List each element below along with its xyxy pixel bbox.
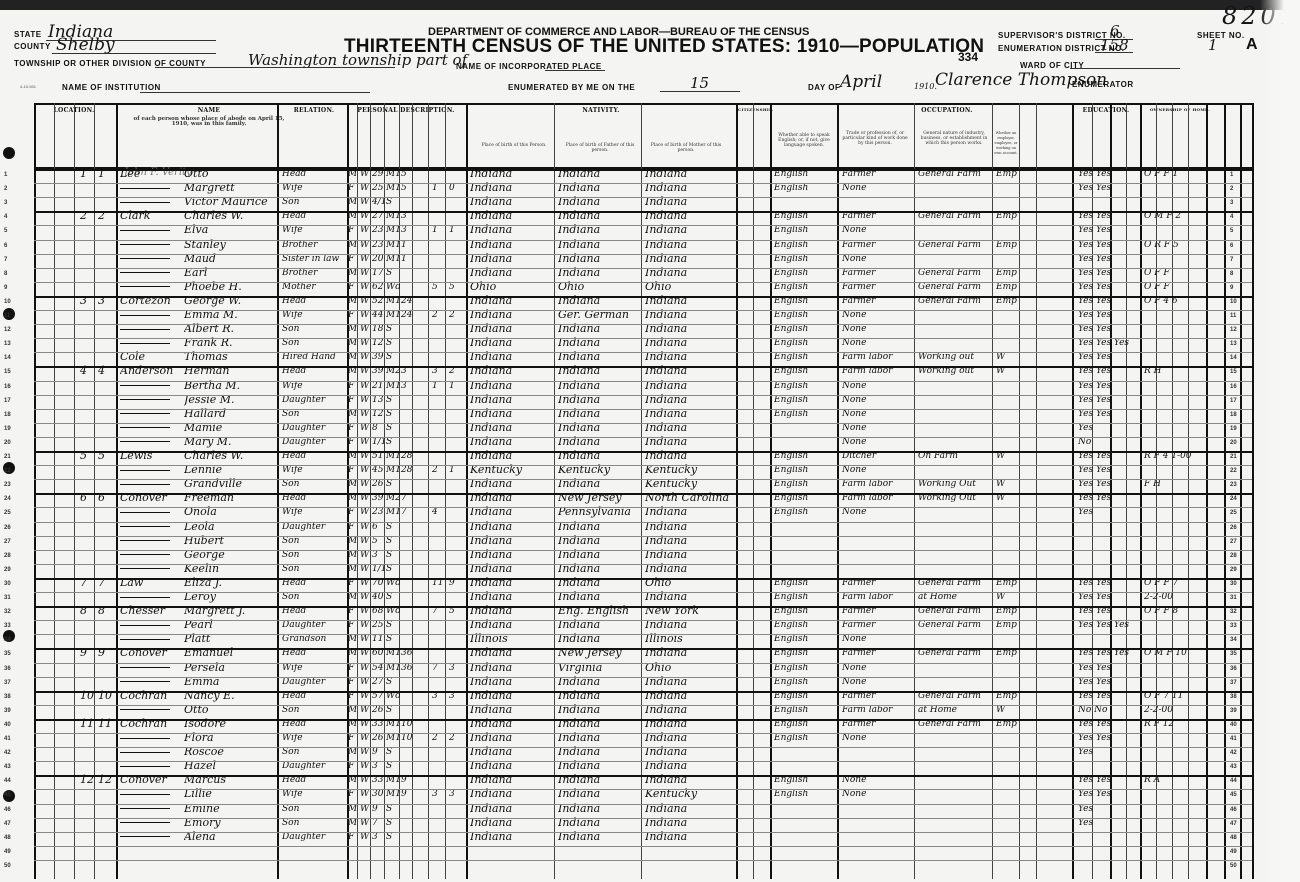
line-number-right: 32 [1230,609,1237,615]
education: Yes Yes [1078,733,1140,743]
trade: None [842,663,914,673]
row-divider [34,733,1252,734]
age: 3 [372,832,385,842]
sex: M [348,536,358,546]
relation: Son [282,804,346,814]
line-number: 22 [4,468,11,474]
marital-status: M1 [386,507,400,517]
line-number: 16 [4,384,11,390]
marital-status: M1 [386,663,400,673]
line-number-right: 45 [1230,792,1237,798]
line-number: 10 [4,299,11,305]
age: 11 [372,634,385,644]
ditto-dash [120,427,170,428]
ditto-dash [120,484,170,485]
line-number-right: 34 [1230,637,1237,643]
row-divider [34,747,1252,748]
line-number: 29 [4,567,11,573]
line-number-right: 19 [1230,426,1237,432]
enumerated-label: Enumerated by me on the [508,83,635,92]
sex: M [348,352,358,362]
education: Yes Yes Yes [1078,620,1140,630]
years-married: 9 [401,789,413,799]
years-married: 7 [401,507,413,517]
industry: at Home [918,592,992,602]
education: No [1078,437,1140,447]
language: English [774,479,836,489]
education: Yes Yes [1078,268,1140,278]
ditto-dash [120,230,170,231]
race: W [360,352,370,362]
name-subheading: of each person whose place of abode on A… [124,117,294,127]
line-number-right: 13 [1230,341,1237,347]
education: Yes Yes [1078,225,1140,235]
race: W [360,733,370,743]
relation: Wife [282,183,346,193]
ditto-dash [120,568,170,569]
industry: General Farm [918,282,992,292]
relation: Son [282,550,346,560]
sex: F [348,423,358,433]
age: 40 [372,592,385,602]
line-number: 21 [4,454,11,460]
ditto-dash [120,441,170,442]
employer-status: Emp [996,282,1020,292]
ditto-dash [120,766,170,767]
sex: M [348,197,358,207]
sex: M [348,818,358,828]
race: W [360,465,370,475]
line-number-right: 14 [1230,355,1237,361]
years-married: 1 [401,240,413,250]
line-number: 34 [4,637,11,643]
sex: F [348,254,358,264]
trade: Farmer [842,240,914,250]
row-divider [34,366,1252,368]
sex: M [348,634,358,644]
race: W [360,634,370,644]
years-married: 3 [401,381,413,391]
age: 12 [372,409,385,419]
ditto-dash [120,286,170,287]
marital-status: S [386,409,400,419]
row-divider [34,606,1252,608]
form-code: 4-10-501 [20,84,36,89]
line-number-right: 49 [1230,849,1237,855]
years-married: 1 [401,254,413,264]
race: W [360,324,370,334]
trade: None [842,634,914,644]
line-number: 3 [4,200,7,206]
age: 45 [372,465,385,475]
group-citizenship: CITIZENSHIP. [738,107,770,112]
education: Yes Yes [1078,789,1140,799]
line-number-right: 39 [1230,708,1237,714]
day-underline [660,91,740,92]
children-born: 7 [432,663,444,673]
industry: at Home [918,705,992,715]
line-number-right: 44 [1230,778,1237,784]
relation: Wife [282,381,346,391]
line-number-right: 50 [1230,863,1237,869]
scan-top-edge [0,0,1300,10]
line-number: 8 [4,271,7,277]
language: English [774,352,836,362]
age: 6 [372,522,385,532]
relation: Daughter [282,677,346,687]
industry: General Farm [918,240,992,250]
institution-label: Name of institution [62,83,161,92]
line-number-right: 29 [1230,567,1237,573]
row-divider [34,789,1252,790]
age: 1/12 [372,564,385,574]
language: English [774,507,836,517]
employer-status: Emp [996,620,1020,630]
line-number-right: 27 [1230,539,1237,545]
ditto-dash [120,639,170,640]
row-divider [34,254,1252,255]
education: Yes Yes [1078,324,1140,334]
children-born: 3 [432,789,444,799]
marital-status: S [386,620,400,630]
marital-status: S [386,832,400,842]
header-trade: Trade or profession of, or particular ki… [842,131,908,146]
education: Yes Yes [1078,592,1140,602]
row-divider [34,705,1252,706]
language: English [774,254,836,264]
marital-status: S [386,592,400,602]
township-underline [155,67,395,68]
industry: General Farm [918,620,992,630]
ditto-dash [120,597,170,598]
county-underline [52,53,216,54]
ditto-dash [120,681,170,682]
years-married: 10 [401,733,413,743]
row-divider [34,183,1252,184]
header-industry: General nature of industry, business, or… [918,131,990,146]
line-number: 44 [4,778,11,784]
line-number-right: 38 [1230,694,1237,700]
children-living: 5 [449,282,463,292]
institution-underline [140,92,370,93]
trade: None [842,225,914,235]
race: W [360,225,370,235]
line-number-right: 28 [1230,553,1237,559]
employer-status: W [996,705,1020,715]
table-row: 48 48 Alena Daughter F W 3 S Indiana Ind… [34,832,1252,846]
row-divider [34,719,1252,721]
line-number: 50 [4,863,11,869]
sex: F [348,381,358,391]
sex: M [348,550,358,560]
line-number-right: 25 [1230,510,1237,516]
home-ownership: O F F [1144,268,1224,278]
education: Yes Yes [1078,352,1140,362]
line-number: 42 [4,750,11,756]
age: 18 [372,324,385,334]
sheet-number: 1 [1208,36,1218,54]
row-divider [34,691,1252,693]
marital-status: M1 [386,254,400,264]
line-number-right: 36 [1230,666,1237,672]
race: W [360,620,370,630]
home-ownership: O F F [1144,282,1224,292]
trade: None [842,395,914,405]
line-number: 6 [4,243,7,249]
ditto-dash [120,822,170,823]
education: Yes Yes [1078,282,1140,292]
row-divider [34,564,1252,565]
children-born: 4 [432,507,444,517]
page-stamp: 334 [958,50,978,64]
relation: Son [282,705,346,715]
ditto-dash [120,188,170,189]
state-label: State [14,30,42,39]
day-of-label: day of [808,83,840,92]
age: 44 [372,310,385,320]
incorporated-place-underline [545,70,605,71]
children-living: 3 [449,789,463,799]
age: 39 [372,352,385,362]
row-divider [34,522,1252,523]
trade: None [842,423,914,433]
children-born: 2 [432,465,444,475]
ditto-dash [120,399,170,400]
marital-status: S [386,338,400,348]
ditto-dash [120,808,170,809]
row-divider [34,423,1252,424]
sex: F [348,395,358,405]
row-divider [34,409,1252,410]
group-ownership: OWNERSHIP OF HOME. [1140,107,1220,112]
trade: None [842,183,914,193]
marital-status: M1 [386,183,400,193]
sex: F [348,522,358,532]
row-divider [34,493,1252,495]
relation: Son [282,564,346,574]
race: W [360,564,370,574]
line-number: 37 [4,680,11,686]
race: W [360,522,370,532]
relation: Daughter [282,437,346,447]
relation: Daughter [282,423,346,433]
children-living: 1 [449,381,463,391]
marital-status: M1 [386,733,400,743]
ditto-dash [120,625,170,626]
line-number: 38 [4,694,11,700]
ditto-dash [120,385,170,386]
language: English [774,225,836,235]
trade: None [842,437,914,447]
sex: F [348,465,358,475]
line-number-right: 30 [1230,581,1237,587]
age: 21 [372,381,385,391]
education: Yes Yes [1078,183,1140,193]
sex: M [348,324,358,334]
sex: F [348,733,358,743]
row-divider [34,395,1252,396]
trade: None [842,324,914,334]
group-personal: PERSONAL DESCRIPTION. [346,107,466,114]
ditto-dash [120,794,170,795]
row-divider [34,846,1252,847]
sex: F [348,832,358,842]
years-married: 28 [401,465,413,475]
race: W [360,747,370,757]
employer-status: Emp [996,240,1020,250]
group-education: EDUCATION. [1072,107,1140,114]
trade: Farmer [842,282,914,292]
race: W [360,240,370,250]
scan-right-edge [1260,0,1300,882]
employer-status: W [996,479,1020,489]
children-born: 2 [432,733,444,743]
language: English [774,395,836,405]
header-employer: Whether an employer, employee, or workin… [994,131,1018,156]
marital-status: M1 [386,381,400,391]
ditto-dash [120,258,170,259]
children-living: 0 [449,183,463,193]
line-number-right: 2 [1230,186,1233,192]
trade: Farm labor [842,705,914,715]
age: 9 [372,747,385,757]
years-married: 5 [401,183,413,193]
row-divider [34,225,1252,226]
row-divider [34,282,1252,283]
sex: F [348,677,358,687]
row-divider [34,860,1252,861]
race: W [360,310,370,320]
age: 3 [372,550,385,560]
ditto-dash [120,752,170,753]
row-divider [34,775,1252,777]
sheet-side: A [1246,36,1258,54]
marital-status: M1 [386,789,400,799]
row-divider [34,648,1252,650]
marital-status: S [386,522,400,532]
race: W [360,804,370,814]
language: English [774,183,836,193]
race: W [360,409,370,419]
ditto-dash [120,272,170,273]
line-number: 1 [4,172,7,178]
education: Yes Yes [1078,240,1140,250]
row-divider [34,381,1252,382]
marital-status: S [386,197,400,207]
relation: Wife [282,507,346,517]
home-ownership: 2-2-00 [1144,592,1224,602]
group-relation: RELATION. [274,107,354,114]
line-number-right: 43 [1230,764,1237,770]
header-birth-person: Place of birth of this Person. [474,143,554,148]
line-number: 11 [4,313,10,319]
sex: F [348,789,358,799]
education: Yes [1078,804,1140,814]
line-number: 49 [4,849,11,855]
line-number-right: 7 [1230,257,1233,263]
marital-status: S [386,804,400,814]
language: English [774,620,836,630]
race: W [360,338,370,348]
row-divider [34,169,1252,171]
enumeration-month: April [840,72,882,92]
marital-status: Wd [386,282,400,292]
marital-status: S [386,677,400,687]
ditto-dash [120,470,170,471]
marital-status: S [386,818,400,828]
relation: Son [282,818,346,828]
line-number-right: 5 [1230,228,1233,234]
age: 3 [372,761,385,771]
relation: Brother [282,268,346,278]
ditto-dash [120,343,170,344]
children-born: 2 [432,310,444,320]
race: W [360,183,370,193]
header-birth-father: Place of birth of Father of this person. [560,143,640,153]
years-married: 3 [401,225,413,235]
sex: M [348,592,358,602]
children-living: 1 [449,465,463,475]
line-number: 35 [4,651,11,657]
children-living: 1 [449,225,463,235]
sex: F [348,507,358,517]
relation: Wife [282,465,346,475]
ditto-dash [120,202,170,203]
race: W [360,677,370,687]
column-divider [1252,103,1254,879]
age: 26 [372,479,385,489]
language: English [774,733,836,743]
education: No No [1078,705,1140,715]
line-number: 39 [4,708,11,714]
age: 27 [372,677,385,687]
enumerator-label: Enumerator [1072,80,1134,89]
ditto-dash [120,554,170,555]
census-title: THIRTEENTH CENSUS OF THE UNITED STATES: … [344,36,984,58]
home-ownership: F H [1144,479,1224,489]
marital-status: S [386,761,400,771]
language: English [774,789,836,799]
relation: Son [282,409,346,419]
language: English [774,381,836,391]
row-divider [34,578,1252,580]
trade: Farm labor [842,479,914,489]
row-divider [34,620,1252,621]
marital-status: S [386,479,400,489]
line-number: 12 [4,327,11,333]
group-nativity: NATIVITY. [466,107,736,114]
line-number: 45 [4,792,11,798]
line-number-right: 48 [1230,835,1237,841]
sex: M [348,705,358,715]
county-label: County [14,42,51,51]
relation: Son [282,536,346,546]
relation: Mother [282,282,346,292]
line-number: 9 [4,285,7,291]
ditto-dash [120,709,170,710]
employer-status: W [996,592,1020,602]
language: English [774,268,836,278]
marital-status: S [386,634,400,644]
sex: M [348,240,358,250]
line-number: 14 [4,355,11,361]
line-number-right: 37 [1230,680,1237,686]
age: 26 [372,705,385,715]
line-number: 32 [4,609,11,615]
language: English [774,240,836,250]
marital-status: S [386,437,400,447]
line-number-right: 22 [1230,468,1237,474]
